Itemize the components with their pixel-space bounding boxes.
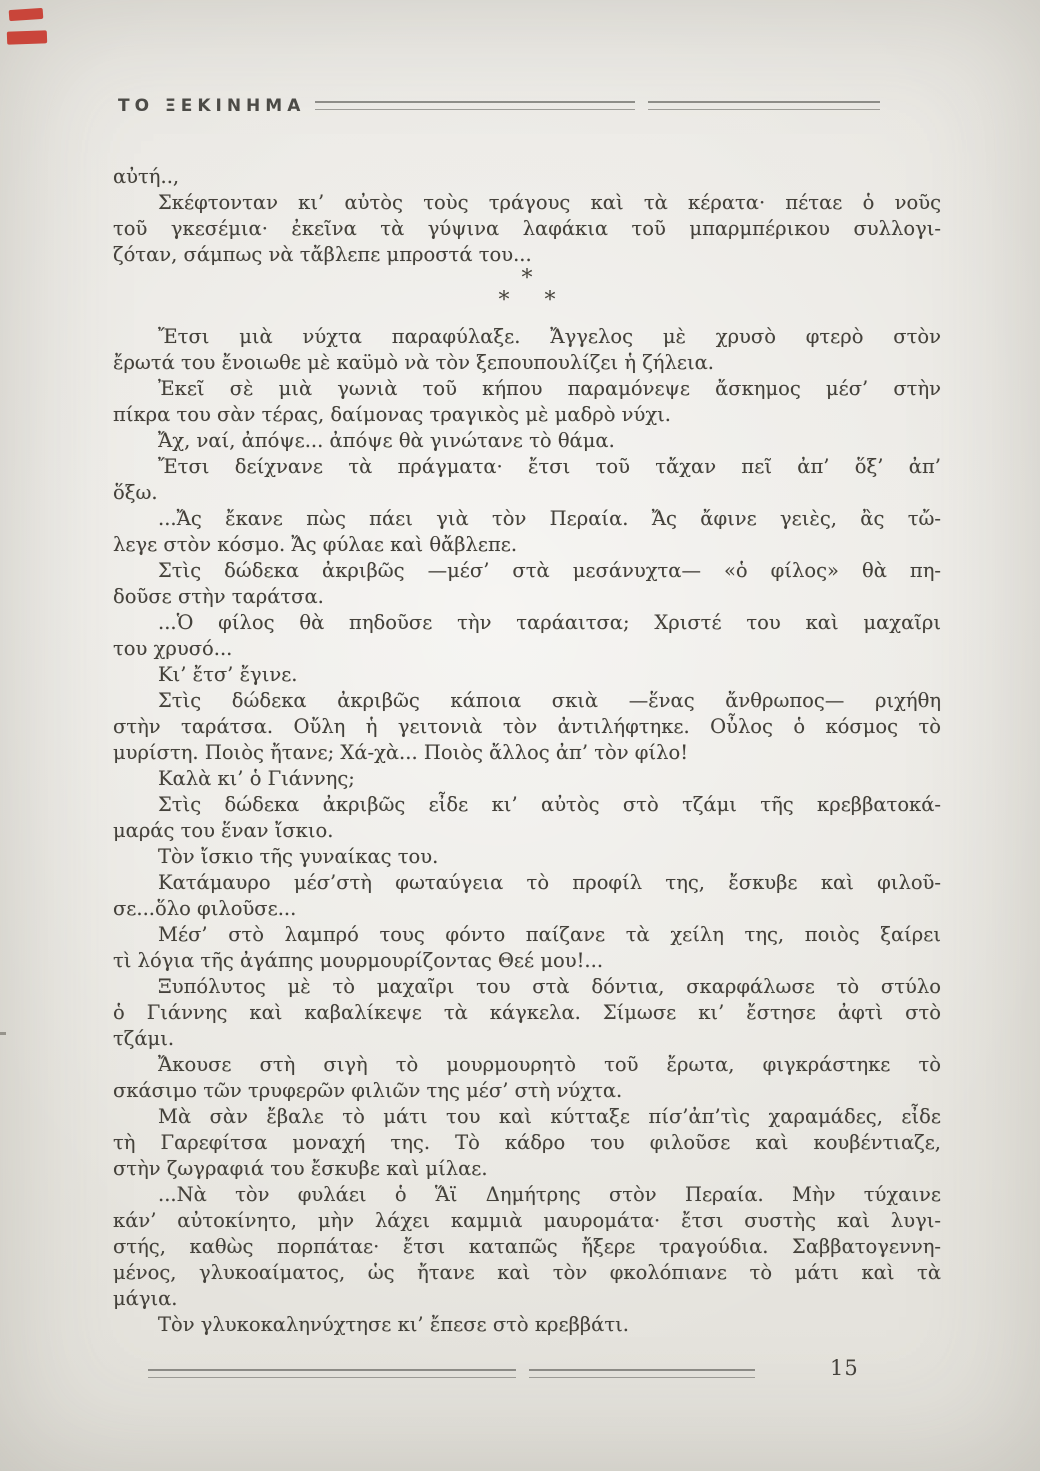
text-line: Μέσ’ στὸ λαμπρό τους φόντο παίζανε τὰ χε… [113,922,941,948]
text-line: πίκρα του σὰν τέρας, δαίμονας τραγικὸς μ… [113,402,941,428]
text-line: Τὸν ἴσκιο τῆς γυναίκας του. [113,844,941,870]
text-line: ...Ὁ φίλος θὰ πηδοῦσε τὴν ταράαιτσα; Χρι… [113,610,941,636]
asterisk-pair: * * [113,290,941,312]
text-line: στὴν ταράτσα. Οὔλη ἡ γειτονιὰ τὸν ἀντιλή… [113,714,941,740]
asterisk: * [113,268,941,290]
text-line: Ξυπόλυτος μὲ τὸ μαχαῖρι του στὰ δόντια, … [113,974,941,1000]
footer-rule [148,1369,516,1378]
text-line: Ἄκουσε στὴ σιγὴ τὸ μουρμουρητὸ τοῦ ἔρωτα… [113,1052,941,1078]
text-line: Τὸν γλυκοκαληνύχτησε κι’ ἔπεσε στὸ κρεββ… [113,1312,941,1338]
text-line: Κι’ ἔτσ’ ἔγινε. [113,662,941,688]
text-line: κάν’ αὐτοκίνητο, μὴν λάχει καμμιὰ μαυρομ… [113,1208,941,1234]
text-line: μυρίστη. Ποιὸς ἤτανε; Χά-χὰ... Ποιὸς ἄλλ… [113,740,941,766]
text-line: στὴν ζωγραφιά του ἔσκυβε καὶ μίλαε. [113,1156,941,1182]
text-line: Μὰ σὰν ἔβαλε τὸ μάτι του καὶ κύτταξε πίσ… [113,1104,941,1130]
text-line: μένος, γλυκοαίματος, ὡς ἤτανε καὶ τὸν φκ… [113,1260,941,1286]
text-line: αὐτή.., [113,164,941,190]
text-line: ὁ Γιάννης καὶ καβαλίκεψε τὰ κάγκελα. Σίμ… [113,1000,941,1026]
text-line: τὴ Γαρεφίτσα μοναχή της. Τὸ κάδρο του φι… [113,1130,941,1156]
text-line: Ἐκεῖ σὲ μιὰ γωνιὰ τοῦ κήπου παραμόνεψε ἄ… [113,376,941,402]
section-separator: * * * [113,268,941,324]
body-text-block-1: αὐτή..,Σκέφτονταν κι’ αὐτὸς τοὺς τράγους… [113,164,941,268]
text-line: Στὶς δώδεκα ἀκριβῶς κάποια σκιὰ —ἕνας ἄν… [113,688,941,714]
text-line: Ἔτσι δείχνανε τὰ πράγματα· ἔτσι τοῦ τἄχα… [113,454,941,480]
text-line: σκάσιμο τῶν τρυφερῶν φιλιῶν της μέσ’ στὴ… [113,1078,941,1104]
text-line: Στὶς δώδεκα ἀκριβῶς εἶδε κι’ αὐτὸς στὸ τ… [113,792,941,818]
text-line: μάγια. [113,1286,941,1312]
text-line: δοῦσε στὴν ταράτσα. [113,584,941,610]
text-line: ἔρωτά του ἔνοιωθε μὲ καϋμὸ νὰ τὸν ξεπουπ… [113,350,941,376]
text-line: Κατάμαυρο μέσ’στὴ φωταύγεια τὸ προφίλ τη… [113,870,941,896]
page-number: 15 [830,1356,859,1380]
text-line: σε...ὅλο φιλοῦσε... [113,896,941,922]
text-line: ζόταν, σάμπως νὰ τἄβλεπε μπροστά του... [113,242,941,268]
text-line: Στὶς δώδεκα ἀκριβῶς —μέσ’ στὰ μεσάνυχτα—… [113,558,941,584]
text-line: τοῦ γκεσέμια· ἐκεῖνα τὰ γύψινα λαφάκια τ… [113,216,941,242]
text-line: λεγε στὸν κόσμο. Ἄς φύλαε καὶ θἄβλεπε. [113,532,941,558]
text-line: ὅξω. [113,480,941,506]
text-line: τὶ λόγια τῆς ἀγάπης μουρμουρίζοντας Θεέ … [113,948,941,974]
scanned-book-page: ΤΟ ΞΕΚΙΝΗΜΑ αὐτή..,Σκέφτονταν κι’ αὐτὸς … [0,0,1040,1471]
text-line: ...Νὰ τὸν φυλάει ὁ Ἅϊ Δημήτρης στὸν Περα… [113,1182,941,1208]
text-line: τζάμι. [113,1026,941,1052]
text-line: του χρυσό... [113,636,941,662]
text-line: μαράς του ἕναν ἴσκιο. [113,818,941,844]
header-rule [648,101,880,110]
page-header-title: ΤΟ ΞΕΚΙΝΗΜΑ [118,96,305,116]
text-line: ...Ἄς ἔκανε πὼς πάει γιὰ τὸν Περαία. Ἄς … [113,506,941,532]
red-pen-mark [7,30,47,44]
header-rule [315,101,635,110]
text-line: Σκέφτονταν κι’ αὐτὸς τοὺς τράγους καὶ τὰ… [113,190,941,216]
text-line: Ἄχ, ναί, ἀπόψε... ἀπόψε θὰ γινώτανε τὸ θ… [113,428,941,454]
footer-rule [529,1369,755,1378]
text-line: Ἔτσι μιὰ νύχτα παραφύλαξε. Ἄγγελος μὲ χρ… [113,324,941,350]
text-line: Καλὰ κι’ ὁ Γιάννης; [113,766,941,792]
red-pen-mark [9,8,44,21]
scan-speck [0,1032,6,1035]
text-line: στής, καθὼς πορπάταε· ἔτσι καταπῶς ἤξερε… [113,1234,941,1260]
body-text-block-2: Ἔτσι μιὰ νύχτα παραφύλαξε. Ἄγγελος μὲ χρ… [113,324,941,1338]
